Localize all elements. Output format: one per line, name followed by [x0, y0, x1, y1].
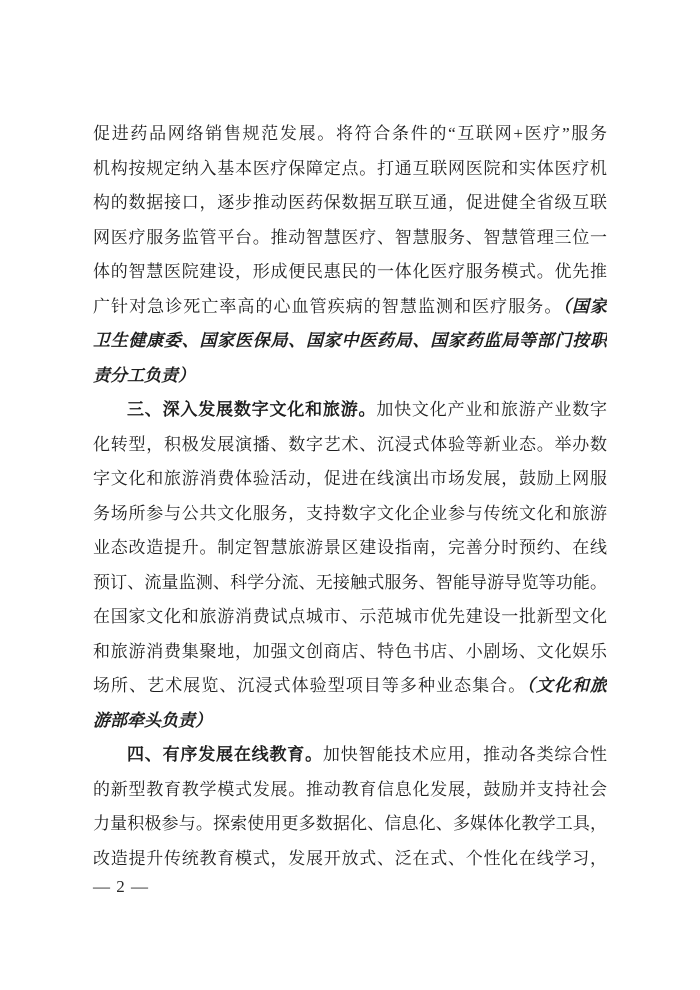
text-segment: 三、深入发展数字文化和旅游。 [127, 400, 376, 419]
text-segment: 场所、艺术展览、沉浸式体验型项目等多种业态集合。 [93, 676, 526, 695]
text-line: 的新型教育教学模式发展。推动教育信息化发展，鼓励并支持社会 [93, 773, 607, 808]
text-segment: 力量积极参与。探索使用更多数据化、信息化、多媒体化教学工具， [93, 814, 607, 833]
text-segment: 业态改造提升。制定智慧旅游景区建设指南，完善分时预约、在线 [93, 538, 607, 557]
text-line: 业态改造提升。制定智慧旅游景区建设指南，完善分时预约、在线 [93, 531, 607, 566]
text-line: 促进药品网络销售规范发展。将符合条件的“互联网+医疗”服务 [93, 117, 607, 152]
text-line: 四、有序发展在线教育。加快智能技术应用，推动各类综合性 [93, 738, 607, 773]
text-segment: 务场所参与公共文化服务，支持数字文化企业参与传统文化和旅游 [93, 504, 607, 523]
text-segment: 广针对急诊死亡率高的心血管疾病的智慧监测和医疗服务。 [93, 297, 562, 316]
text-line: 和旅游消费集聚地，加强文创商店、特色书店、小剧场、文化娱乐 [93, 635, 607, 670]
text-segment: 化转型，积极发展演播、数字艺术、沉浸式体验等新业态。举办数 [93, 435, 607, 454]
page-number: — 2 — [93, 877, 149, 897]
text-segment: 促进药品网络销售规范发展。将符合条件的“互联网+医疗”服务 [93, 124, 607, 143]
text-segment: 体的智慧医院建设，形成便民惠民的一体化医疗服务模式。优先推 [93, 262, 607, 281]
text-segment: 四、有序发展在线教育。 [127, 745, 323, 764]
text-segment: 的新型教育教学模式发展。推动教育信息化发展，鼓励并支持社会 [93, 780, 607, 799]
text-line: 化转型，积极发展演播、数字艺术、沉浸式体验等新业态。举办数 [93, 428, 607, 463]
text-line: 预订、流量监测、科学分流、无接触式服务、智能导游导览等功能。 [93, 566, 607, 601]
text-segment: 网医疗服务监管平台。推动智慧医疗、智慧服务、智慧管理三位一 [93, 228, 607, 247]
text-segment: 卫生健康委、国家医保局、国家中医药局、国家药监局等部门按职 [93, 331, 607, 350]
text-segment: 游部牵头负责） [93, 711, 212, 730]
text-line: 广针对急诊死亡率高的心血管疾病的智慧监测和医疗服务。（国家 [93, 290, 607, 325]
text-line: 三、深入发展数字文化和旅游。加快文化产业和旅游产业数字 [93, 393, 607, 428]
text-line: 改造提升传统教育模式，发展开放式、泛在式、个性化在线学习， [93, 842, 607, 877]
text-line: 游部牵头负责） [93, 704, 607, 739]
text-segment: 加快文化产业和旅游产业数字 [376, 400, 607, 419]
text-line: 网医疗服务监管平台。推动智慧医疗、智慧服务、智慧管理三位一 [93, 221, 607, 256]
text-line: 构的数据接口，逐步推动医药保数据互联互通，促进健全省级互联 [93, 186, 607, 221]
text-line: 场所、艺术展览、沉浸式体验型项目等多种业态集合。（文化和旅 [93, 669, 607, 704]
text-segment: 机构按规定纳入基本医疗保障定点。打通互联网医院和实体医疗机 [93, 159, 607, 178]
text-segment: 在国家文化和旅游消费试点城市、示范城市优先建设一批新型文化 [93, 607, 607, 626]
text-segment: 改造提升传统教育模式，发展开放式、泛在式、个性化在线学习， [93, 849, 607, 868]
text-line: 机构按规定纳入基本医疗保障定点。打通互联网医院和实体医疗机 [93, 152, 607, 187]
text-segment: 加快智能技术应用，推动各类综合性 [323, 745, 607, 764]
document-body: 促进药品网络销售规范发展。将符合条件的“互联网+医疗”服务机构按规定纳入基本医疗… [93, 117, 607, 876]
text-line: 力量积极参与。探索使用更多数据化、信息化、多媒体化教学工具， [93, 807, 607, 842]
text-segment: 字文化和旅游消费体验活动，促进在线演出市场发展，鼓励上网服 [93, 469, 607, 488]
text-line: 字文化和旅游消费体验活动，促进在线演出市场发展，鼓励上网服 [93, 462, 607, 497]
text-segment: （文化和旅 [526, 676, 607, 695]
text-line: 在国家文化和旅游消费试点城市、示范城市优先建设一批新型文化 [93, 600, 607, 635]
text-segment: （国家 [562, 297, 607, 316]
document-page: 促进药品网络销售规范发展。将符合条件的“互联网+医疗”服务机构按规定纳入基本医疗… [0, 0, 700, 990]
text-line: 卫生健康委、国家医保局、国家中医药局、国家药监局等部门按职 [93, 324, 607, 359]
text-line: 体的智慧医院建设，形成便民惠民的一体化医疗服务模式。优先推 [93, 255, 607, 290]
text-segment: 责分工负责） [93, 366, 195, 385]
text-segment: 构的数据接口，逐步推动医药保数据互联互通，促进健全省级互联 [93, 193, 607, 212]
text-segment: 和旅游消费集聚地，加强文创商店、特色书店、小剧场、文化娱乐 [93, 642, 607, 661]
text-line: 务场所参与公共文化服务，支持数字文化企业参与传统文化和旅游 [93, 497, 607, 532]
text-segment: 预订、流量监测、科学分流、无接触式服务、智能导游导览等功能。 [93, 573, 607, 592]
text-line: 责分工负责） [93, 359, 607, 394]
